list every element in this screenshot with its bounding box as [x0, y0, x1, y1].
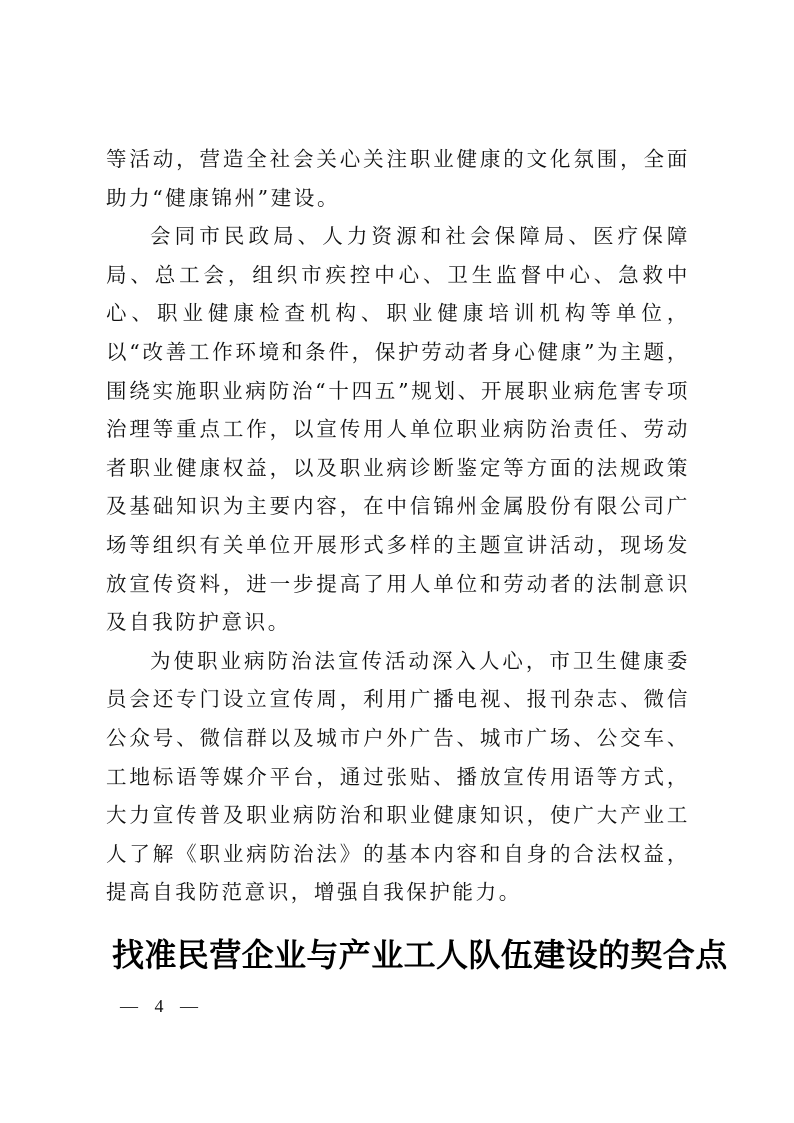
paragraph-2: 会同市民政局、人力资源和社会保障局、医疗保障局、总工会，组织市疾控中心、卫生监督… — [106, 217, 690, 642]
paragraph-3: 为使职业病防治法宣传活动深入人心，市卫生健康委员会还专门设立宣传周，利用广播电视… — [106, 642, 690, 912]
body-text: 等活动，营造全社会关心关注职业健康的文化氛围，全面助力“健康锦州”建设。 会同市… — [106, 140, 690, 912]
section-title: 找准民营企业与产业工人队伍建设的契合点 — [112, 930, 692, 980]
page-number: — 4 — — [120, 994, 204, 1018]
paragraph-1: 等活动，营造全社会关心关注职业健康的文化氛围，全面助力“健康锦州”建设。 — [106, 140, 690, 217]
document-page: 等活动，营造全社会关心关注职业健康的文化氛围，全面助力“健康锦州”建设。 会同市… — [0, 0, 794, 1123]
